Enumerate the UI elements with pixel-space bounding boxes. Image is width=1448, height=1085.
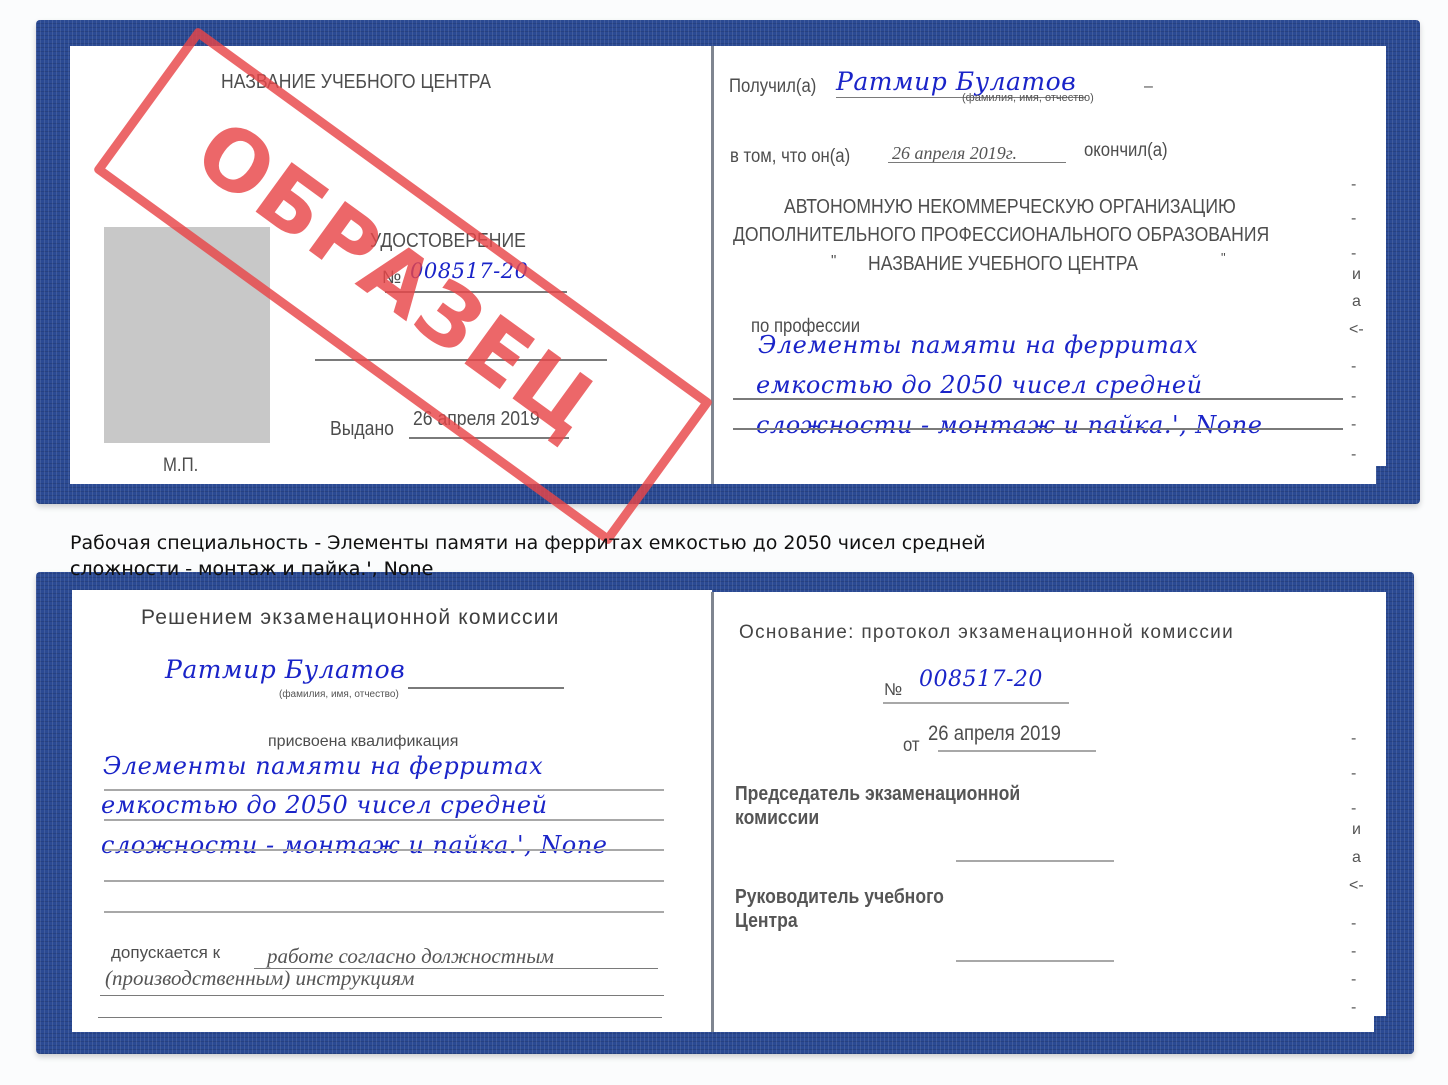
- admitted-underline-2: [100, 995, 664, 996]
- qualification-underline-4: [104, 880, 664, 882]
- head-label-line-2: Центра: [735, 910, 798, 933]
- qualification-line-2: емкостью до 2050 чисел средней: [101, 791, 548, 819]
- received-label: Получил(а): [729, 76, 816, 98]
- head-signature-line: [956, 960, 1114, 962]
- specialty-caption-overlap: сложности - монтаж и пайка.', None: [70, 556, 433, 582]
- profession-underline-2: [733, 428, 1343, 430]
- decision-heading: Решением экзаменационной комиссии: [141, 606, 560, 630]
- chairman-label-line-2: комиссии: [735, 807, 819, 830]
- qualification-underline-2: [104, 819, 664, 821]
- decision-name-caption: (фамилия, имя, отчество): [279, 689, 399, 700]
- profession-line-2: емкостью до 2050 чисел средней: [756, 371, 1203, 399]
- completion-prefix: в том, что он(а): [730, 146, 850, 168]
- organization-line-2: ДОПОЛНИТЕЛЬНОГО ПРОФЕССИОНАЛЬНОГО ОБРАЗО…: [733, 224, 1269, 247]
- protocol-number-underline: [883, 702, 1069, 704]
- protocol-number: 008517-20: [919, 667, 1043, 692]
- issued-label: Выдано: [330, 418, 394, 441]
- protocol-date-underline: [938, 750, 1096, 752]
- top-spine: [711, 46, 714, 484]
- admitted-label: допускается к: [111, 943, 220, 963]
- recipient-dash: –: [1144, 78, 1153, 96]
- organization-open-quote: ": [831, 252, 836, 269]
- top-right-page-tab: [1370, 46, 1386, 466]
- bottom-right-page-tab: [1370, 592, 1386, 1016]
- bottom-spine: [711, 592, 714, 1032]
- qualification-underline-5: [104, 911, 664, 913]
- organization-close-quote: ": [1221, 250, 1226, 265]
- completion-suffix: окончил(а): [1084, 140, 1168, 162]
- seal-label: М.П.: [163, 455, 198, 477]
- chairman-signature-line: [956, 860, 1114, 862]
- protocol-date-prefix: от: [903, 735, 920, 757]
- head-label-line-1: Руководитель учебного: [735, 886, 944, 909]
- chairman-label-line-1: Председатель экзаменационной: [735, 783, 1020, 806]
- completion-date-underline: [888, 162, 1066, 163]
- profession-underline-1: [733, 398, 1343, 400]
- admitted-underline-3: [98, 1017, 662, 1018]
- protocol-date: 26 апреля 2019: [928, 722, 1061, 746]
- basis-heading: Основание: протокол экзаменационной коми…: [739, 622, 1234, 644]
- decision-name-underline: [408, 687, 564, 689]
- protocol-number-label: №: [884, 680, 902, 700]
- organization-line-3: НАЗВАНИЕ УЧЕБНОГО ЦЕНТРА: [868, 253, 1138, 276]
- qualification-underline-3: [104, 849, 664, 851]
- organization-line-1: АВТОНОМНУЮ НЕКОММЕРЧЕСКУЮ ОРГАНИЗАЦИЮ: [784, 196, 1236, 219]
- recipient-name-caption: (фамилия, имя, отчество): [962, 92, 1094, 104]
- qualification-line-1: Элементы памяти на ферритах: [103, 752, 543, 780]
- decision-recipient-name: Ратмир Булатов: [165, 655, 405, 684]
- admitted-line-2: (производственным) инструкциям: [105, 966, 414, 991]
- qualification-line-3: сложности - монтаж и пайка.', None: [101, 831, 607, 859]
- specialty-caption-line-1: Рабочая специальность - Элементы памяти …: [70, 530, 986, 556]
- profession-line-1: Элементы памяти на ферритах: [758, 331, 1198, 359]
- profession-line-3: сложности - монтаж и пайка.', None: [756, 411, 1262, 439]
- completion-date: 26 апреля 2019г.: [892, 143, 1017, 164]
- qualification-label: присвоена квалификация: [268, 733, 458, 751]
